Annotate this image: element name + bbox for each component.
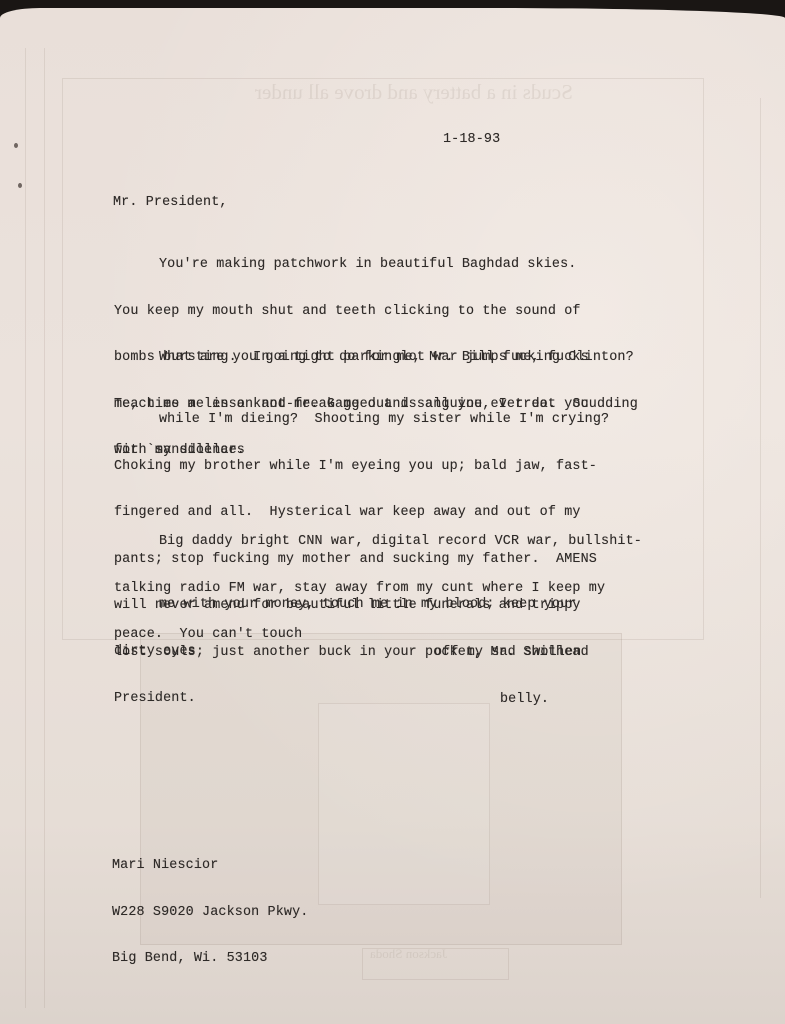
paragraph-2-line-1: What are you going to do for me, Mr. Bil… (114, 350, 638, 366)
ink-speck (14, 143, 18, 148)
closing-line-2: belly. (500, 692, 549, 708)
signature-name: Mari Niescior (112, 858, 308, 874)
salutation: Mr. President, (113, 195, 228, 211)
typed-letter: 1-18-93 Mr. President, You're making pat… (0, 0, 785, 1024)
paragraph-4-line-1: Big daddy bright CNN war, digital record… (114, 534, 642, 550)
paragraph-1-line-2: You keep my mouth shut and teeth clickin… (114, 304, 589, 320)
closing-line-1: off my sad swollen (434, 645, 581, 661)
ink-speck (18, 183, 22, 188)
signature-block: Mari Niescior W228 S9020 Jackson Pkwy. B… (112, 827, 308, 998)
paragraph-5: me with your money, touch me in my blood… (114, 566, 576, 690)
paragraph-5-line-1: me with your money, touch me in my blood… (114, 597, 576, 613)
paragraph-3-line-1: while I'm dieing? Shooting my sister whi… (114, 412, 609, 428)
paragraph-1-line-1: You're making patchwork in beautiful Bag… (114, 257, 589, 273)
signature-address-line-1: W228 S9020 Jackson Pkwy. (112, 905, 308, 921)
paragraph-3-line-2: Choking my brother while I'm eyeing you … (114, 459, 609, 475)
letter-date: 1-18-93 (443, 132, 500, 148)
signature-address-line-2: Big Bend, Wi. 53103 (112, 951, 308, 967)
